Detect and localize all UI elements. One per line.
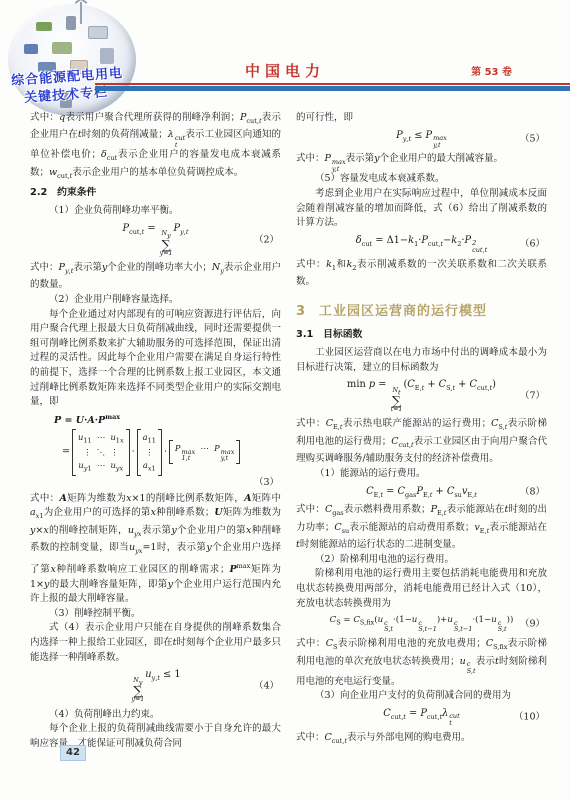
right-column: 的可行性，即 Py,t ≤ Pmaxy,t （5） 式中：Pmaxy,t表示第y… bbox=[296, 111, 547, 751]
page-number-badge: 42 bbox=[60, 745, 86, 761]
equation-number: （3） bbox=[30, 477, 281, 489]
list-item: （4）负荷削峰出力约束。 bbox=[30, 708, 281, 723]
paragraph: 式中：q表示用户聚合代理所获得的削峰净利润；Pcut,t表示企业用户在t时刻的负… bbox=[30, 111, 281, 183]
paragraph: 式中：Pmaxy,t表示第y个企业用户的最大削减容量。 bbox=[296, 152, 547, 172]
equation-10: Ccut,t = Pcut,tλcutt （10） bbox=[296, 708, 547, 727]
equation-number: （5） bbox=[520, 133, 545, 144]
list-item: （3）削峰控制平衡。 bbox=[30, 607, 281, 622]
equation-number: （6） bbox=[520, 238, 545, 249]
list-item: （1）企业负荷削峰功率平衡。 bbox=[30, 204, 281, 219]
list-item: （5）容量发电成本衰减系数。 bbox=[296, 172, 547, 187]
logo-illustration bbox=[36, 22, 52, 31]
logo-illustration bbox=[100, 48, 114, 64]
equation-body: CS = CS,fix(ucS,t·(1−ucS,t−1)+ucS,t−1·(1… bbox=[296, 615, 547, 633]
paragraph: 工业园区运营商以在电力市场中付出的调峰成本最小为目标进行决策，建立的目标函数为 bbox=[296, 346, 547, 375]
column-logo: 综合能源配电用电 关键技术专栏 bbox=[8, 4, 136, 116]
equation-8: CE,t = CgasPE,t + CsuvE,t （8） bbox=[296, 486, 547, 500]
equation-number: （2） bbox=[254, 234, 279, 245]
logo-illustration bbox=[88, 26, 108, 39]
logo-illustration bbox=[66, 16, 76, 30]
equation-body: CE,t = CgasPE,t + CsuvE,t bbox=[296, 486, 547, 500]
equation-number: （8） bbox=[520, 487, 545, 498]
header-rule-blue bbox=[95, 86, 570, 91]
equation-number: （10） bbox=[514, 711, 545, 722]
paragraph: 式中：Cgas表示燃料费用系数；PE,t表示能源站在t时刻的出力功率；Csu表示… bbox=[296, 503, 547, 553]
equation-body: min p = Nt∑t=1(CE,t + CS,t + Ccut,t) bbox=[296, 379, 547, 413]
header-rule-red bbox=[95, 83, 570, 85]
paragraph: 式（4）表示企业用户只能在自身提供的削峰系数集合内选择一种上报给工业园区，即在t… bbox=[30, 621, 281, 665]
equation-body: Py,t ≤ Pmaxy,t bbox=[296, 130, 547, 149]
equation-7: min p = Nt∑t=1(CE,t + CS,t + Ccut,t) （7） bbox=[296, 379, 547, 413]
volume-label: 第 53 卷 bbox=[471, 63, 512, 78]
section-heading-3-1: 3.1 目标函数 bbox=[296, 328, 547, 343]
list-item: （3）向企业用户支付的负荷削减合同的费用为 bbox=[296, 689, 547, 704]
journal-title: 中国电力 bbox=[140, 60, 430, 81]
equation-3: P = U·A·Pmax = u11 ⋯ u1x⋮ ⋱ ⋮uy1 ⋯ uyx·a… bbox=[30, 413, 281, 489]
equation-number: （7） bbox=[520, 391, 545, 402]
equation-6: δcut = Δ1−k1·Pcut,t−k2·P2cut,t （6） bbox=[296, 235, 547, 254]
equation-number: （9） bbox=[520, 619, 545, 630]
list-item: （1）能源站的运行费用。 bbox=[296, 467, 547, 482]
logo-illustration bbox=[52, 42, 72, 54]
paragraph: 式中：A矩阵为维数为x×1的削峰比例系数矩阵，A矩阵中ax1为企业用户的可选择的… bbox=[30, 492, 281, 607]
wind-turbine-icon bbox=[80, 2, 82, 24]
equation-4: Ny∑y=1uy,t ≤ 1 （4） bbox=[30, 669, 281, 703]
list-item: （2）企业用户削峰容量选择。 bbox=[30, 293, 281, 308]
equation-body: Ny∑y=1uy,t ≤ 1 bbox=[30, 669, 281, 703]
paragraph: 式中：k1和k2表示削减系数的一次关联系数和二次关联系数。 bbox=[296, 258, 547, 290]
equation-body: Pcut,t = Ny∑y=1Py,t bbox=[30, 223, 281, 257]
logo-illustration bbox=[24, 44, 38, 54]
section-heading-2-2: 2.2 约束条件 bbox=[30, 186, 281, 201]
equation-9: CS = CS,fix(ucS,t·(1−ucS,t−1)+ucS,t−1·(1… bbox=[296, 615, 547, 633]
equation-body: δcut = Δ1−k1·Pcut,t−k2·P2cut,t bbox=[296, 235, 547, 254]
list-item: （2）阶梯利用电池的运行费用。 bbox=[296, 553, 547, 568]
equation-number: （4） bbox=[254, 681, 279, 692]
paragraph: 式中：Ccut,t表示与外部电网的购电费用。 bbox=[296, 731, 547, 748]
section-number: 3 bbox=[296, 304, 306, 319]
paragraph: 每个企业通过对内部现有的可响应资源进行评估后，向用户聚合代理上报最大日负荷削减曲… bbox=[30, 308, 281, 410]
paragraph: 阶梯利用电池的运行费用主要包括消耗电能费用和充放电状态转换费用两部分，消耗电能费… bbox=[296, 567, 547, 611]
equation-body: P = U·A·Pmax bbox=[30, 413, 281, 427]
section-title: 工业园区运营商的运行模型 bbox=[319, 304, 487, 319]
paragraph: 式中：CS表示阶梯利用电池的充放电费用；CS,fix表示阶梯利用电池的单次充放电… bbox=[296, 637, 547, 689]
paragraph: 的可行性，即 bbox=[296, 111, 547, 126]
equation-5: Py,t ≤ Pmaxy,t （5） bbox=[296, 130, 547, 149]
journal-page: 综合能源配电用电 关键技术专栏 中国电力 第 53 卷 式中：q表示用户聚合代理… bbox=[0, 0, 570, 800]
equation-2: Pcut,t = Ny∑y=1Py,t （2） bbox=[30, 223, 281, 257]
paragraph: 考虑到企业用户在实际响应过程中，单位削减成本反面会随着削减容量的增加而降低，式（… bbox=[296, 187, 547, 231]
paragraph: 式中：CE,t表示热电联产能源站的运行费用；CS,t表示阶梯利用电池的运行费用；… bbox=[296, 417, 547, 467]
paragraph: 式中：Py,t表示第y个企业的削峰功率大小；Ny表示企业用户的数量。 bbox=[30, 261, 281, 293]
equation-body: = u11 ⋯ u1x⋮ ⋱ ⋮uy1 ⋯ uyx·a11⋮ax1·Pmax1,… bbox=[62, 429, 281, 476]
section-heading-3: 3工业园区运营商的运行模型 bbox=[296, 305, 547, 320]
article-body: 式中：q表示用户聚合代理所获得的削峰净利润；Pcut,t表示企业用户在t时刻的负… bbox=[30, 111, 548, 751]
equation-body: Ccut,t = Pcut,tλcutt bbox=[296, 708, 547, 727]
left-column: 式中：q表示用户聚合代理所获得的削峰净利润；Pcut,t表示企业用户在t时刻的负… bbox=[30, 111, 281, 751]
